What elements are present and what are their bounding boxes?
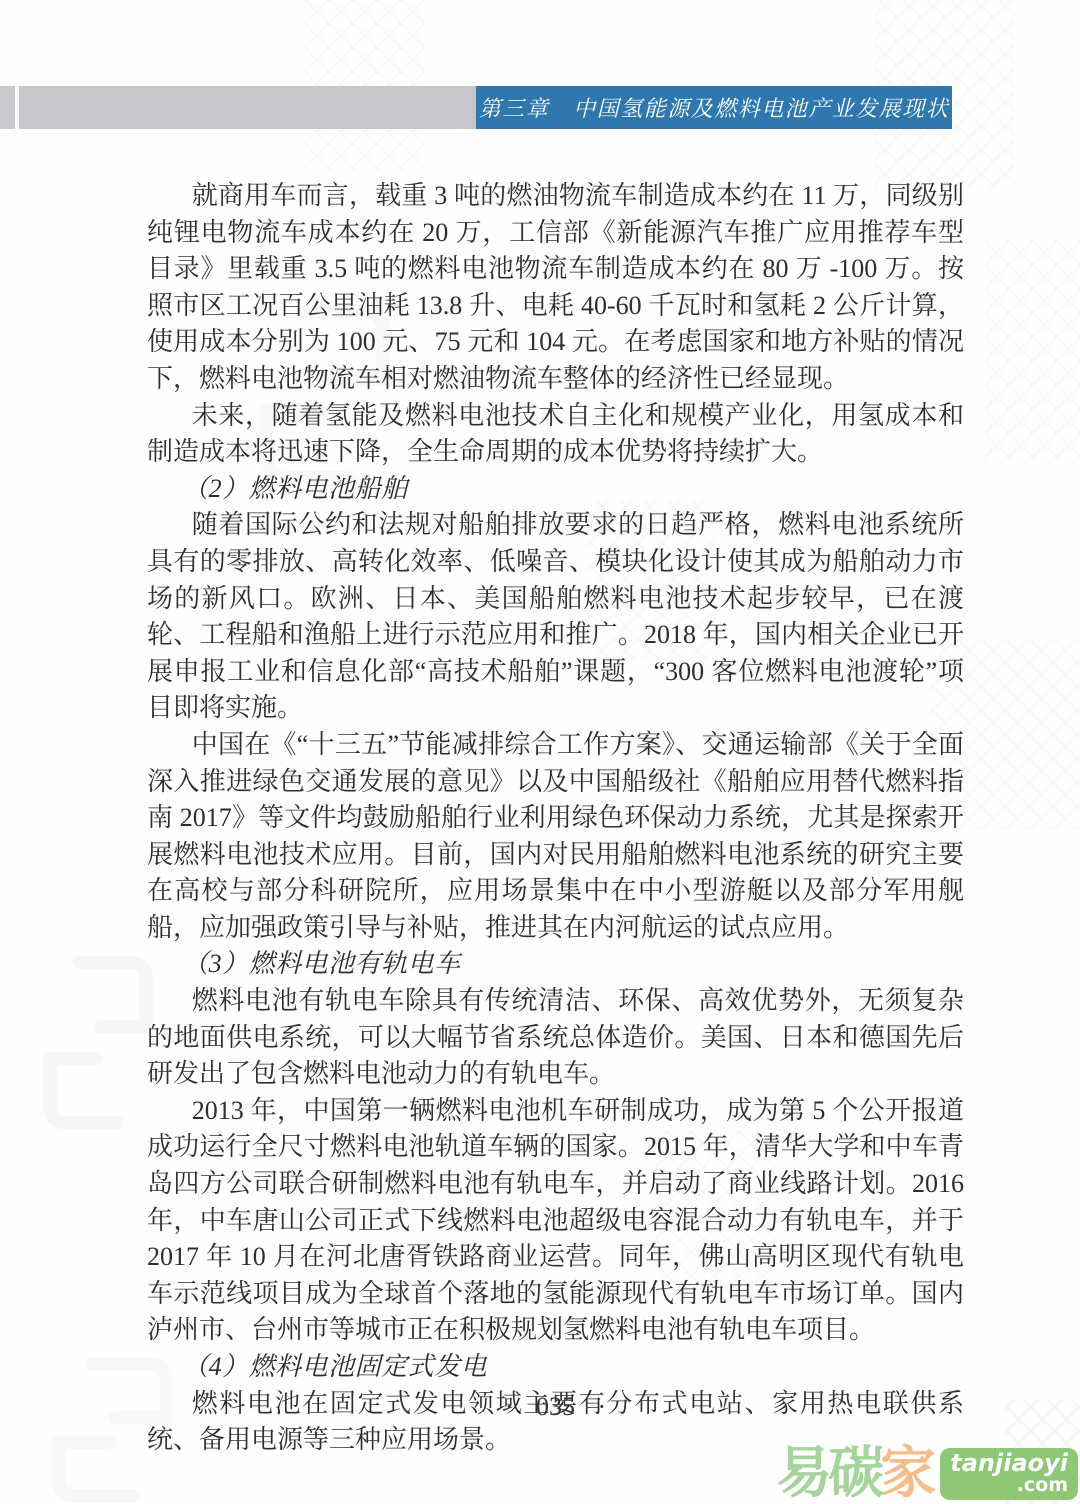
page-number: · 035 ·: [147, 1392, 964, 1422]
logo-char-yi: 易: [776, 1446, 828, 1502]
header-gray-bar: [19, 86, 476, 129]
site-logo: 易 碳 家 tanjiaoyi .com: [776, 1446, 1078, 1502]
logo-char-jia: 家: [880, 1446, 932, 1502]
paragraph: 燃料电池有轨电车除具有传统清洁、环保、高效优势外，无须复杂的地面供电系统，可以大…: [147, 983, 964, 1093]
watermark-logo-glyph: [38, 950, 158, 1135]
paragraph: 未来，随着氢能及燃料电池技术自主化和规模产业化，用氢成本和制造成本将迅速下降，全…: [147, 398, 964, 471]
watermark-lattice: [985, 240, 1080, 460]
header-title-bar: 第三章 中国氢能源及燃料电池产业发展现状: [476, 86, 952, 129]
header-edge-sliver: [0, 86, 15, 129]
logo-domain-badge: tanjiaoyi .com: [940, 1448, 1078, 1500]
section-heading: （3）燃料电池有轨电车: [147, 946, 964, 983]
section-heading: （2）燃料电池船舶: [147, 471, 964, 508]
chapter-label: 第三章: [479, 92, 550, 123]
section-heading: （4）燃料电池固定式发电: [147, 1349, 964, 1386]
paragraph: 中国在《“十三五”节能减排综合工作方案》、交通运输部《关于全面深入推进绿色交通发…: [147, 727, 964, 947]
document-body: 就商用车而言，载重 3 吨的燃油物流车制造成本约在 11 万，同级别纯锂电物流车…: [147, 178, 964, 1459]
paragraph: 就商用车而言，载重 3 吨的燃油物流车制造成本约在 11 万，同级别纯锂电物流车…: [147, 178, 964, 398]
logo-char-tan: 碳: [828, 1446, 880, 1502]
chapter-title: 中国氢能源及燃料电池产业发展现状: [573, 92, 949, 123]
paragraph: 随着国际公约和法规对船舶排放要求的日趋严格，燃料电池系统所具有的零排放、高转化效…: [147, 507, 964, 727]
paragraph: 2013 年，中国第一辆燃料电池机车研制成功，成为第 5 个公开报道成功运行全尺…: [147, 1093, 964, 1349]
logo-domain-name: tanjiaoyi: [950, 1451, 1068, 1476]
watermark-lattice: [305, 0, 425, 170]
logo-domain-tld: .com: [950, 1476, 1068, 1495]
document-page: { "header": { "chapter": "第三章", "title":…: [0, 0, 1080, 1504]
